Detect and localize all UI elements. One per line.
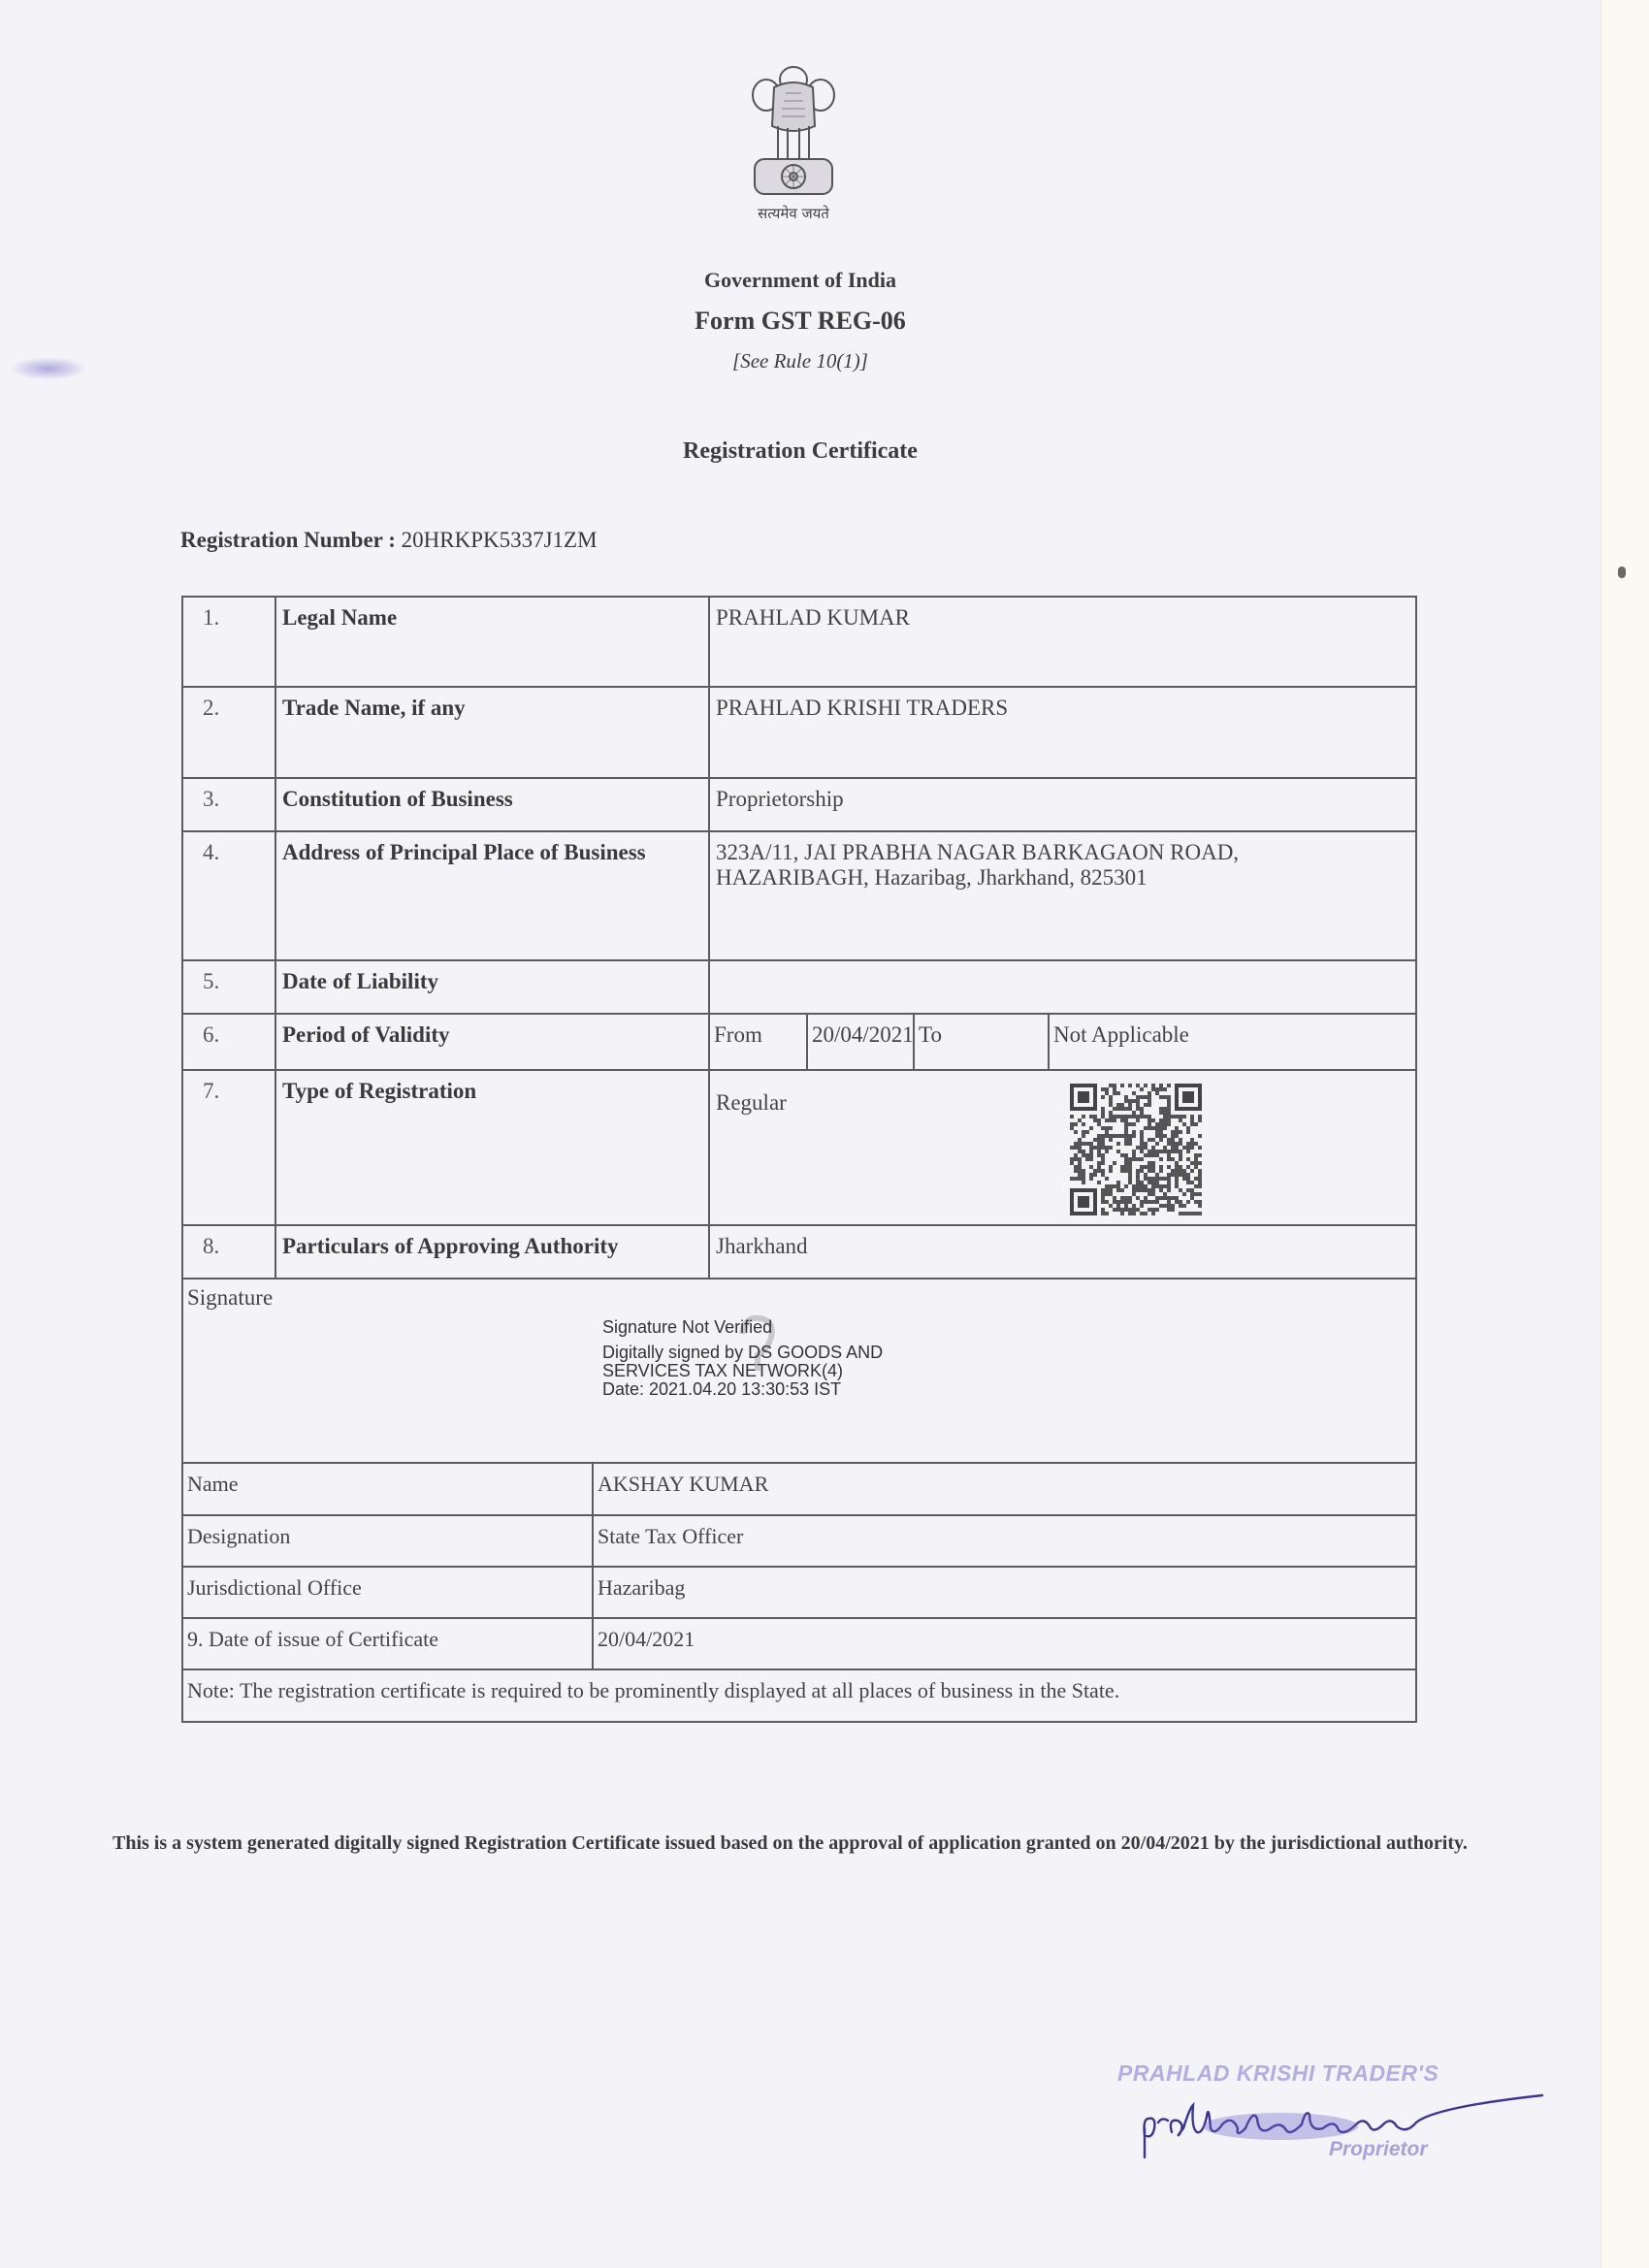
officer-table: Name AKSHAY KUMAR Designation State Tax … [181, 1464, 1417, 1723]
validity-to-value: Not Applicable [1050, 1015, 1415, 1069]
row-label: Type of Registration [275, 1070, 709, 1225]
officer-name-value: AKSHAY KUMAR [593, 1464, 1416, 1515]
officer-key: 9. Date of issue of Certificate [182, 1618, 593, 1669]
proprietor-stamp: PRAHLAD KRISHI TRADER'S Proprietor [1115, 2060, 1581, 2167]
table-row: 6. Period of Validity From 20/04/2021 To… [182, 1014, 1416, 1070]
page-edge [1600, 0, 1649, 2268]
rule-reference: [See Rule 10(1)] [0, 349, 1600, 373]
jurisdiction-value: Hazaribag [593, 1567, 1416, 1618]
row-label: Legal Name [275, 597, 709, 687]
national-emblem-icon [745, 58, 842, 204]
signature-date: Date: 2021.04.20 13:30:53 IST [602, 1380, 883, 1399]
table-row: 4. Address of Principal Place of Busines… [182, 831, 1416, 960]
signed-by: Digitally signed by DS GOODS AND [602, 1344, 883, 1362]
row-number: 1. [182, 597, 275, 687]
validity-to-label: To [915, 1015, 1050, 1069]
table-row: 1. Legal Name PRAHLAD KUMAR [182, 597, 1416, 687]
registration-number-label: Registration Number : [180, 528, 396, 552]
designation-value: State Tax Officer [593, 1515, 1416, 1567]
officer-row: Name AKSHAY KUMAR [182, 1464, 1416, 1515]
approving-authority-value: Jharkhand [709, 1225, 1416, 1279]
issue-date-value: 20/04/2021 [593, 1618, 1416, 1669]
officer-row: 9. Date of issue of Certificate 20/04/20… [182, 1618, 1416, 1669]
address-value: 323A/11, JAI PRABHA NAGAR BARKAGAON ROAD… [709, 831, 1416, 960]
form-heading: Form GST REG-06 [0, 307, 1600, 336]
row-label: Date of Liability [275, 960, 709, 1014]
row-label: Particulars of Approving Authority [275, 1225, 709, 1279]
table-row: 5. Date of Liability [182, 960, 1416, 1014]
signature-status: Signature Not Verified [602, 1318, 883, 1337]
officer-key: Jurisdictional Office [182, 1567, 593, 1618]
officer-row: Designation State Tax Officer [182, 1515, 1416, 1567]
officer-key: Designation [182, 1515, 593, 1567]
system-generated-statement: This is a system generated digitally sig… [113, 1826, 1500, 1862]
scan-mark [1618, 567, 1626, 578]
row-label: Constitution of Business [275, 778, 709, 831]
row-number: 3. [182, 778, 275, 831]
row-number: 5. [182, 960, 275, 1014]
registration-type-value: Regular [716, 1090, 1409, 1116]
row-number: 6. [182, 1014, 275, 1070]
table-row: 8. Particulars of Approving Authority Jh… [182, 1225, 1416, 1279]
row-number: 2. [182, 687, 275, 778]
table-row: 3. Constitution of Business Proprietorsh… [182, 778, 1416, 831]
certificate-title: Registration Certificate [0, 438, 1600, 465]
officer-key: Name [182, 1464, 593, 1515]
trade-name-value: PRAHLAD KRISHI TRADERS [709, 687, 1416, 778]
table-row: 7. Type of Registration Regular [182, 1070, 1416, 1225]
row-label: Trade Name, if any [275, 687, 709, 778]
row-number: 7. [182, 1070, 275, 1225]
row-number: 4. [182, 831, 275, 960]
handwritten-signature-icon [1115, 2060, 1581, 2167]
registration-number: Registration Number : 20HRKPK5337J1ZM [180, 528, 598, 553]
motto: सत्यमेव जयते [718, 204, 869, 223]
row-label: Period of Validity [275, 1014, 709, 1070]
signature-label: Signature [187, 1285, 273, 1311]
row-label: Address of Principal Place of Business [275, 831, 709, 960]
signed-by-org: SERVICES TAX NETWORK(4) [602, 1362, 883, 1380]
note-row: Note: The registration certificate is re… [182, 1669, 1416, 1722]
registration-type-cell: Regular [709, 1070, 1416, 1225]
government-heading: Government of India [0, 268, 1600, 293]
officer-row: Jurisdictional Office Hazaribag [182, 1567, 1416, 1618]
validity-cell: From 20/04/2021 To Not Applicable [709, 1014, 1416, 1070]
digital-signature-stamp: Signature Not Verified Digitally signed … [602, 1318, 883, 1399]
signature-block: Signature Signature Not Verified Digital… [181, 1280, 1417, 1464]
display-note: Note: The registration certificate is re… [182, 1669, 1416, 1722]
table-row: 2. Trade Name, if any PRAHLAD KRISHI TRA… [182, 687, 1416, 778]
constitution-value: Proprietorship [709, 778, 1416, 831]
certificate-table: 1. Legal Name PRAHLAD KUMAR 2. Trade Nam… [181, 596, 1417, 1723]
legal-name-value: PRAHLAD KUMAR [709, 597, 1416, 687]
date-of-liability-value [709, 960, 1416, 1014]
qr-code-icon [1070, 1083, 1202, 1216]
row-number: 8. [182, 1225, 275, 1279]
validity-from-date: 20/04/2021 [808, 1015, 915, 1069]
validity-from-label: From [710, 1015, 808, 1069]
registration-number-value: 20HRKPK5337J1ZM [402, 528, 598, 552]
